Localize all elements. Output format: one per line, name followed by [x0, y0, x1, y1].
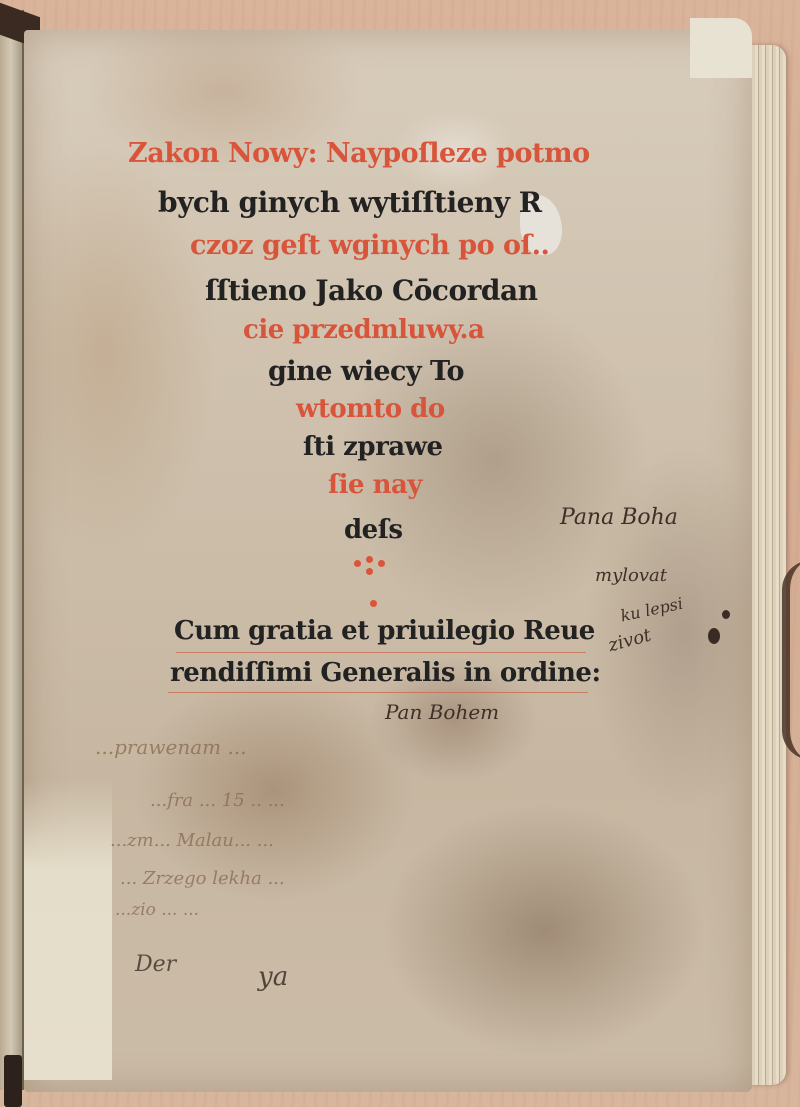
title-line-6: gine wiecy To	[268, 356, 464, 387]
red-dot-fleuron-ornament	[350, 552, 390, 612]
faint-manuscript-line-4: ... Zrzego lekha ...	[120, 868, 285, 889]
red-underline-1	[176, 652, 586, 653]
handwritten-signature: Pan Bohem	[385, 700, 499, 724]
title-line-10: deſs	[344, 515, 403, 545]
title-line-9: ſie nay	[328, 470, 422, 500]
privilege-line-1: Cum gratia et priuilegio Reue	[174, 616, 595, 646]
ink-blot	[708, 628, 720, 644]
faint-manuscript-line-1: ...prawenam ...	[95, 735, 247, 759]
book-spine-edge	[0, 10, 24, 1090]
faint-manuscript-line-2: ...fra ... 15 .. ...	[150, 790, 285, 811]
handwritten-note-2: mylovat	[595, 565, 667, 586]
leather-strap-bottom	[4, 1055, 22, 1107]
faint-manuscript-line-3: ...zm... Malau... ...	[110, 830, 274, 851]
privilege-line-2: rendiſſimi Generalis in ordine:	[170, 658, 601, 688]
title-line-5: cie przedmluwy.a	[243, 315, 484, 345]
faint-manuscript-line-5: ...zio ... ...	[115, 900, 199, 920]
title-line-1: Zakon Nowy: Naypoſleze potmo	[128, 138, 590, 169]
title-line-8: ſti zprawe	[303, 432, 443, 462]
page-fore-edge	[748, 45, 786, 1085]
title-line-7: wtomto do	[296, 394, 445, 424]
title-line-2: bych ginych wytiſſtieny R	[158, 186, 542, 219]
red-underline-2	[168, 692, 588, 693]
handwritten-bottom-word-2: ya	[258, 962, 288, 992]
handwritten-note-1: Pana Boha	[560, 505, 678, 530]
page-repair-corner	[690, 18, 752, 78]
page-margin-repair	[24, 780, 112, 1080]
ink-blot	[722, 610, 730, 619]
book-clasp	[782, 560, 800, 760]
handwritten-bottom-word-1: Der	[135, 952, 176, 977]
title-line-4: ſſtieno Jako Cōcordan	[205, 274, 538, 307]
title-line-3: czoz geſt wginych po oſ..	[190, 230, 549, 261]
